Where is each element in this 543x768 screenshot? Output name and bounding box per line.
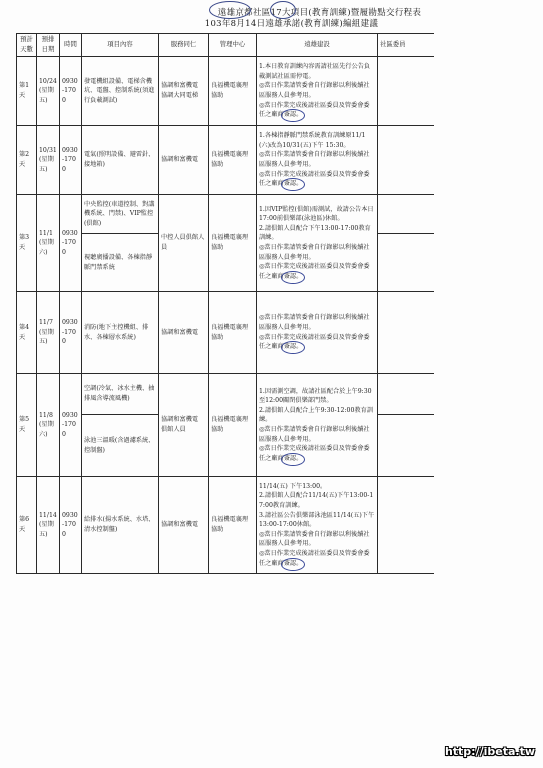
table-row: 第5天11/8(星期六)0930-1700空調(冷氣、冰水主機、抽排風含導流風機… [17, 374, 434, 415]
cell-mgmt: 良福機電襄理協助 [209, 292, 257, 374]
cell-items: 視聽廣播設備、各棟指靜脈門禁系統 [82, 234, 159, 292]
staff-line: 協調和富機電 [161, 155, 206, 165]
header-time: 時間 [60, 34, 82, 57]
cell-staff: 協調和富機電 [159, 477, 209, 574]
cell-day: 第1天 [17, 57, 37, 126]
signoff-mark: 簽認。 [284, 180, 303, 187]
suggestion-line: 1.本日教育訓練內容需請社區先行公告負載測試社區需停電。 [259, 62, 375, 81]
cell-items: 消防(地下主控機組、排水、各棟層水系統) [82, 292, 159, 374]
cell-committee [378, 292, 434, 374]
staff-line: 協調和富機電 [161, 415, 206, 425]
cell-items: 發電機組設備、電梯含機坑、電盤、控制系統(須進行負載測試) [82, 57, 159, 126]
signoff-mark: 簽認。 [284, 343, 303, 350]
signoff-mark: 簽認。 [284, 455, 303, 462]
cell-committee [378, 57, 434, 126]
pen-circle-mark [281, 341, 305, 354]
suggestion-line: 11/14(五) 下午13:00。 [259, 482, 375, 492]
suggestion-line: ◎當日作業完成後請社區委員及管委會委任之廠商簽認。 [259, 262, 375, 281]
cell-date: 11/8(星期六) [37, 374, 60, 477]
cell-staff: 中控人員俱館人員 [159, 195, 209, 292]
signoff-mark: 簽認。 [284, 560, 303, 567]
cell-suggestion: 1.本日教育訓練內容需請社區先行公告負載測試社區需停電。◎當日作業請管委會自行錄… [257, 57, 378, 126]
cell-time: 0930-1700 [60, 374, 82, 477]
header-staff: 服務同仁 [159, 34, 209, 57]
table-header-row: 預計天數 預排日期 時間 項目內容 服務同仁 管理中心 遠雄建設 社區委員 [17, 34, 434, 57]
cell-suggestion: 11/14(五) 下午13:00。2.請俱館人員配合11/14(五)下午13:0… [257, 477, 378, 574]
header-date: 預排日期 [37, 34, 60, 57]
cell-date: 10/31(星期五) [37, 126, 60, 195]
cell-items: 空調(冷氣、冰水主機、抽排風含導流風機) [82, 374, 159, 415]
signoff-mark: 簽認。 [284, 273, 303, 280]
pen-circle-mark [281, 109, 305, 122]
cell-time: 0930-1700 [60, 195, 82, 292]
header-committee: 社區委員 [378, 34, 434, 57]
cell-staff: 協調和富機電俱館人員 [159, 374, 209, 477]
cell-mgmt: 良福機電襄理協助 [209, 477, 257, 574]
suggestion-line: ◎當日作業請管委會自行錄影以利後續社區服務人員參考用。 [259, 150, 375, 169]
suggestion-line: ◎當日作業完成後請社區委員及管委會委任之廠商簽認。 [259, 444, 375, 463]
suggestion-line: ◎當日作業完成後請社區委員及管委會委任之廠商簽認。 [259, 549, 375, 568]
cell-staff: 協調和富機電 [159, 292, 209, 374]
suggestion-line: 2.請俱館人員配合下午13:00-17:00教育訓練。 [259, 224, 375, 243]
cell-committee [378, 234, 434, 292]
cell-mgmt: 良福機電襄理協助 [209, 195, 257, 292]
header-days: 預計天數 [17, 34, 37, 57]
staff-line: 協調和富機電 [161, 328, 206, 338]
cell-mgmt: 良福機電襄理協助 [209, 126, 257, 195]
pen-circle-mark [281, 271, 305, 284]
cell-time: 0930-1700 [60, 126, 82, 195]
cell-committee [378, 195, 434, 234]
cell-mgmt: 良福機電襄理協助 [209, 57, 257, 126]
suggestion-line: 3.請社區公告俱樂部泳池區11/14(五)下午13:00-17:00休館。 [259, 511, 375, 530]
staff-line: 中控人員俱館人員 [161, 233, 206, 252]
cell-date: 11/1(星期六) [37, 195, 60, 292]
cell-committee [378, 126, 434, 195]
cell-items: 中央監控(車道控制、對講機系統、門禁)、VIP監控(俱館) [82, 195, 159, 234]
table-row: 第2天10/31(星期五)0930-1700電氣(照明設備、避雷針、接地箱)協調… [17, 126, 434, 195]
cell-time: 0930-1700 [60, 477, 82, 574]
header-suggestion: 遠雄建設 [257, 34, 378, 57]
cell-committee [378, 477, 434, 574]
suggestion-line: ◎當日作業完成後請社區委員及管委會委任之廠商簽認。 [259, 101, 375, 120]
suggestion-line: 2.請俱館人員配合11/14(五)下午13:00-17:00教育訓練。 [259, 491, 375, 510]
suggestion-line: ◎當日作業請管委會自行錄影以利後續社區服務人員參考用。 [259, 530, 375, 549]
cell-committee [378, 415, 434, 477]
scanned-page: 遠雄京都社區17大項目(教育訓練)暨履勘點交行程表 103年8月14日遠雄承諾(… [0, 0, 543, 768]
table-row: 第3天11/1(星期六)0930-1700中央監控(車道控制、對講機系統、門禁)… [17, 195, 434, 234]
staff-line: 俱館人員 [161, 425, 206, 435]
cell-day: 第6天 [17, 477, 37, 574]
staff-line: 協調大同電梯 [161, 91, 206, 101]
cell-mgmt: 良福機電襄理協助 [209, 374, 257, 477]
header-items: 項目內容 [82, 34, 159, 57]
cell-date: 11/7(星期五) [37, 292, 60, 374]
cell-committee [378, 374, 434, 415]
schedule-table: 預計天數 預排日期 時間 項目內容 服務同仁 管理中心 遠雄建設 社區委員 第1… [16, 33, 434, 574]
cell-day: 第2天 [17, 126, 37, 195]
signoff-mark: 簽認。 [284, 111, 303, 118]
cell-day: 第4天 [17, 292, 37, 374]
cell-suggestion: 1.因需測空調，故請社區配合於上午9:30至12:00關閉俱樂部門禁。2.請俱館… [257, 374, 378, 477]
suggestion-line: 1.因需測空調，故請社區配合於上午9:30至12:00關閉俱樂部門禁。 [259, 387, 375, 406]
suggestion-line: ◎當日作業完成後請社區委員及管委會委任之廠商簽認。 [259, 170, 375, 189]
cell-day: 第3天 [17, 195, 37, 292]
pen-circle-mark [281, 558, 305, 571]
suggestion-line: ◎當日作業請管委會自行錄影以利後續社區服務人員參考用。 [259, 243, 375, 262]
pen-circle-mark [281, 453, 305, 466]
pen-circle-mark [281, 178, 305, 191]
cell-items: 給排水(揚水系統、水塔、清水控制盤) [82, 477, 159, 574]
cell-items: 泳池三溫暖(含過濾系統、控制盤) [82, 415, 159, 477]
staff-line: 協調和富機電 [161, 81, 206, 91]
cell-date: 10/24(星期五) [37, 57, 60, 126]
staff-line: 協調和富機電 [161, 520, 206, 530]
document-subtitle: 103年8月14日遠雄承諾(教育訓練)編組建議 [20, 17, 543, 29]
table-row: 第4天11/7(星期五)0930-1700消防(地下主控機組、排水、各棟層水系統… [17, 292, 434, 374]
header-mgmt: 管理中心 [209, 34, 257, 57]
cell-time: 0930-1700 [60, 292, 82, 374]
cell-date: 11/14(星期五) [37, 477, 60, 574]
table-row: 第6天11/14(星期五)0930-1700給排水(揚水系統、水塔、清水控制盤)… [17, 477, 434, 574]
suggestion-line: ◎當日作業完成後請社區委員及管委會委任之廠商簽認。 [259, 333, 375, 352]
suggestion-line: ◎當日作業請管委會自行錄影以利後續社區服務人員參考用。 [259, 313, 375, 332]
cell-suggestion: ◎當日作業請管委會自行錄影以利後續社區服務人員參考用。◎當日作業完成後請社區委員… [257, 292, 378, 374]
cell-time: 0930-1700 [60, 57, 82, 126]
suggestion-line: ◎當日作業請管委會自行錄影以利後續社區服務人員參考用。 [259, 425, 375, 444]
suggestion-line: 1.因VIP監控(俱館)需測試，故請公告本日17:00前俱樂部(泳池區)休館。 [259, 205, 375, 224]
suggestion-line: 2.請俱館人員配合上午9:30-12:00教育訓練。 [259, 406, 375, 425]
cell-suggestion: 1.因VIP監控(俱館)需測試，故請公告本日17:00前俱樂部(泳池區)休館。2… [257, 195, 378, 292]
table-row: 第1天10/24(星期五)0930-1700發電機組設備、電梯含機坑、電盤、控制… [17, 57, 434, 126]
suggestion-line: 1.各棟指靜脈門禁系統教育訓練原11/1(六)改為10/31(五)下午 15:3… [259, 131, 375, 150]
cell-day: 第5天 [17, 374, 37, 477]
cell-staff: 協調和富機電 [159, 126, 209, 195]
cell-suggestion: 1.各棟指靜脈門禁系統教育訓練原11/1(六)改為10/31(五)下午 15:3… [257, 126, 378, 195]
cell-items: 電氣(照明設備、避雷針、接地箱) [82, 126, 159, 195]
suggestion-line: ◎當日作業請管委會自行錄影以利後續社區服務人員參考用。 [259, 81, 375, 100]
cell-staff: 協調和富機電協調大同電梯 [159, 57, 209, 126]
watermark: http://ibeta.tw [445, 745, 535, 758]
